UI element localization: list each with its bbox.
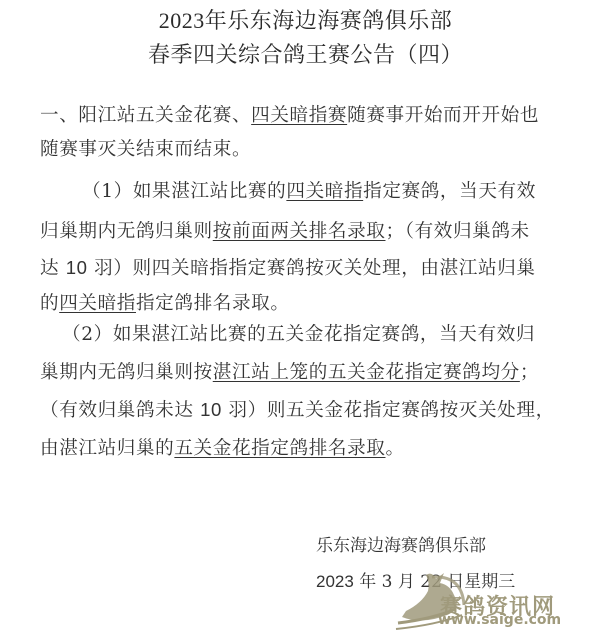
number-text: 10: [200, 399, 222, 420]
section1-line1: 一、阳江站五关金花赛、四关暗指赛随赛事开始而开开始也: [40, 101, 539, 127]
underlined-text: 湛江站上笼的五关金花指定赛鸽均分: [213, 362, 520, 383]
date-year: 2023: [316, 572, 354, 591]
underlined-text: 四关暗指: [286, 181, 363, 202]
text-span: ；（有效归巢鸽未: [386, 221, 530, 242]
item2-line2: 巢期内无鸽归巢则按湛江站上笼的五关金花指定赛鸽均分；: [40, 358, 539, 384]
section1-line2: 随赛事灭关结束而结束。: [40, 135, 251, 161]
watermark-url: www.saige.com: [438, 612, 561, 628]
text-span: 随赛事开始而开开始也: [347, 105, 539, 126]
number-text: 10: [66, 257, 88, 278]
underlined-text: 五关金花指定鸽排名录取: [174, 438, 385, 459]
text-span: 由湛江站归巢的: [40, 438, 174, 459]
item1-line4: 的四关暗指指定鸽排名录取。: [40, 289, 290, 315]
item2-line3: （有效归巢鸽未达 10 羽）则五关金花指定赛鸽按灭关处理，: [40, 396, 555, 422]
text-span: ；: [520, 362, 539, 383]
item2-line1: （2）如果湛江站比赛的五关金花指定赛鸽，当天有效归: [62, 320, 535, 346]
item2-line4: 由湛江站归巢的五关金花指定鸽排名录取。: [40, 434, 405, 460]
text-span: （有效归巢鸽未达: [40, 400, 200, 421]
underlined-text: 按前面两关排名录取: [213, 221, 386, 242]
text-span: 指定赛鸽，当天有效: [363, 181, 536, 202]
item1-line2: 归巢期内无鸽归巢则按前面两关排名录取；（有效归巢鸽未: [40, 217, 530, 243]
underlined-text: 四关暗指: [59, 293, 136, 314]
text-span: （1）如果湛江站比赛的: [82, 181, 286, 202]
item1-line3: 达 10 羽）则四关暗指指定赛鸽按灭关处理，由湛江站归巢: [40, 254, 536, 280]
text-span: 羽）则四关暗指指定赛鸽按灭关处理，由湛江站归巢: [88, 258, 536, 279]
title-line-1: 2023年乐东海边海赛鸽俱乐部: [0, 4, 611, 35]
text-span: 羽）则五关金花指定赛鸽按灭关处理，: [222, 400, 555, 421]
text-span: 。: [386, 438, 405, 459]
text-span: 的: [40, 293, 59, 314]
underlined-text: 四关暗指赛: [251, 105, 347, 126]
item1-line1: （1）如果湛江站比赛的四关暗指指定赛鸽，当天有效: [82, 177, 536, 203]
text-span: 达: [40, 258, 66, 279]
text-span: 巢期内无鸽归巢则按: [40, 362, 213, 383]
title-line-2: 春季四关综合鸽王赛公告（四）: [0, 38, 611, 69]
signature-organization: 乐东海边海赛鸽俱乐部: [316, 531, 486, 556]
text-span: 归巢期内无鸽归巢则: [40, 221, 213, 242]
text-span: 一、阳江站五关金花赛、: [40, 105, 251, 126]
text-span: 指定鸽排名录取。: [136, 293, 290, 314]
